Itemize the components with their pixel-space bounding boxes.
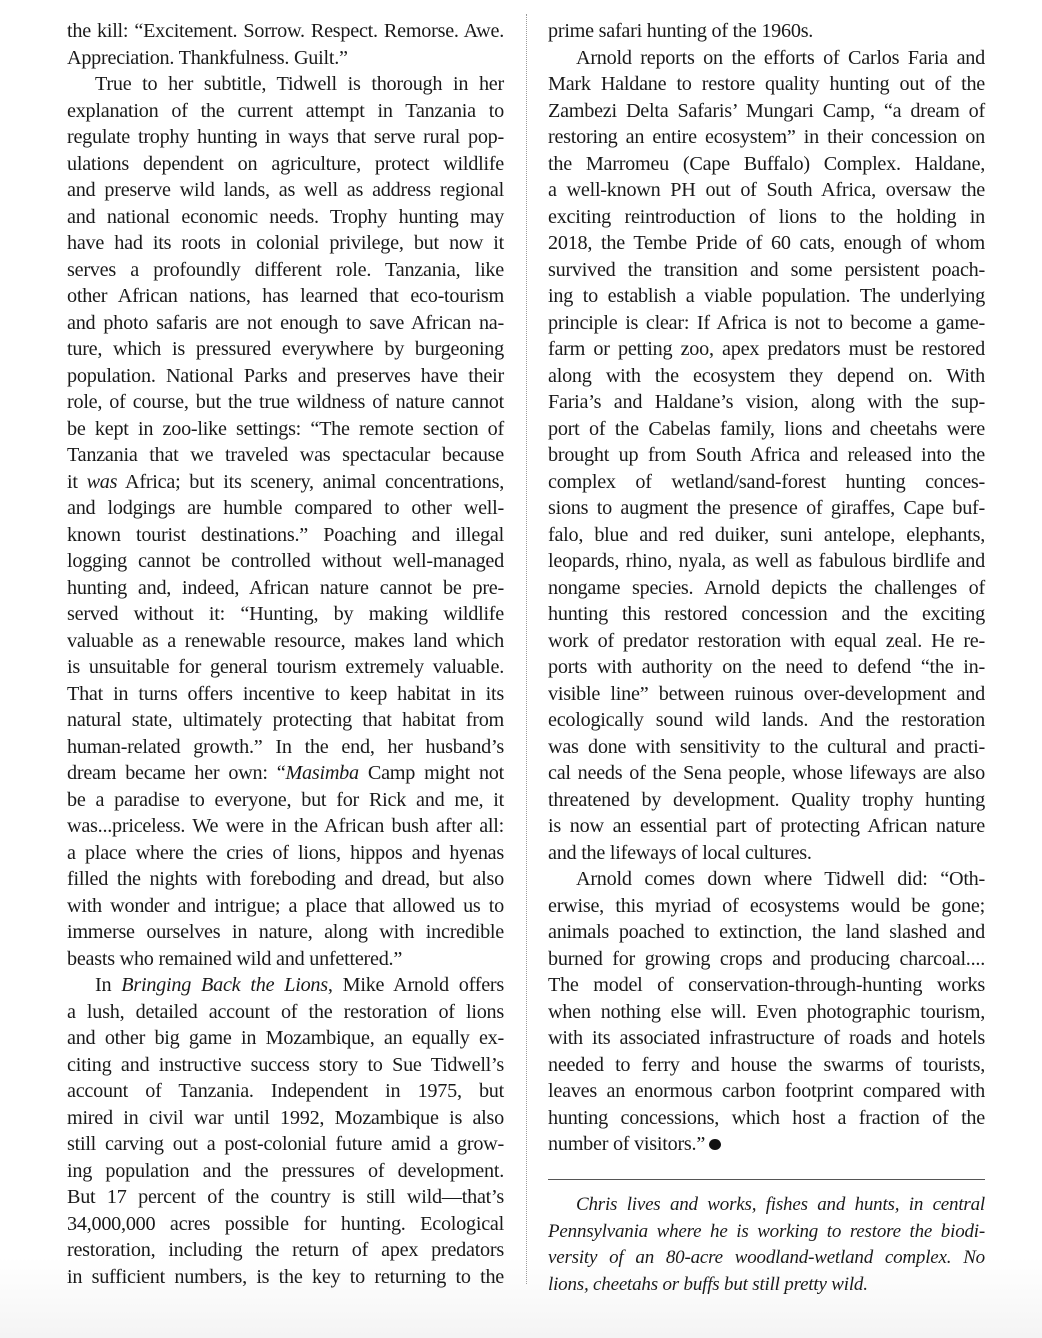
text-segment: visible line” between ruinous over-devel… (548, 683, 985, 705)
text-line: restoring an entire ecosystem” in their … (548, 124, 985, 151)
text-line: mired in civil war until 1992, Mozambiqu… (67, 1105, 504, 1132)
text-segment: ports with authority on the need to defe… (548, 656, 985, 678)
text-line: In Bringing Back the Lions, Mike Arnold … (67, 972, 504, 999)
author-bio: Chris lives and works, fishes and hunts,… (548, 1192, 985, 1298)
text-line: Tanzania that we traveled was spectacula… (67, 442, 504, 469)
text-segment: Faria’s and Haldane’s vision, along with… (548, 391, 985, 413)
text-line: The model of conservation-through-huntin… (548, 972, 985, 999)
text-line: logging cannot be controlled without wel… (67, 548, 504, 575)
text-segment: 2018, the Tembe Pride of 60 cats, enough… (548, 232, 985, 254)
text-segment: filled the nights with foreboding and dr… (67, 868, 504, 890)
text-segment: needed to ferry and house the swarms of … (548, 1054, 985, 1076)
text-segment: sions to augment the presence of giraffe… (548, 497, 985, 519)
text-segment: account of Tanzania. Independent in 1975… (67, 1080, 504, 1102)
text-segment: human-related growth.” In the end, her h… (67, 736, 504, 758)
text-segment: Arnold reports on the efforts of Carlos … (576, 47, 985, 69)
text-line: and preserve wild lands, as well as addr… (67, 177, 504, 204)
text-segment: falo, blue and red duiker, suni antelope… (548, 524, 985, 546)
text-line: erwise, this myriad of ecosystems would … (548, 893, 985, 920)
text-line: port of the Cabelas family, lions and ch… (548, 416, 985, 443)
text-line: hunting this restored concession and the… (548, 601, 985, 628)
text-line: the Marromeu (Cape Buffalo) Complex. Hal… (548, 151, 985, 178)
text-segment: was...priceless. We were in the African … (67, 815, 504, 837)
text-segment: it (67, 471, 87, 493)
text-segment: Tanzania that we traveled was spectacula… (67, 444, 504, 466)
text-line: a well-known PH out of South Africa, ove… (548, 177, 985, 204)
text-segment: explanation of the current attempt in Ta… (67, 100, 504, 122)
text-line: and other big game in Mozambique, an equ… (67, 1025, 504, 1052)
text-segment: served without it: “Hunting, by making w… (67, 603, 504, 625)
end-mark-icon (709, 1139, 721, 1150)
text-segment: hunting concessions, which host a fracti… (548, 1107, 985, 1129)
text-segment: brought up from South Africa and release… (548, 444, 985, 466)
text-segment: Mark Haldane to restore quality hunting … (548, 73, 985, 95)
italic-text: Bringing Back the Lions (121, 974, 328, 996)
text-line: exciting reintroduction of lions to the … (548, 204, 985, 231)
italic-text: was (87, 471, 118, 493)
text-line: ports with authority on the need to defe… (548, 654, 985, 681)
text-line: ulations dependent on agriculture, prote… (67, 151, 504, 178)
text-segment: , Mike Arnold offers (328, 974, 504, 996)
text-segment: with wonder and intrigue; a place that a… (67, 895, 504, 917)
magazine-page: the kill: “Excitement. Sorrow. Respect. … (0, 0, 1042, 1338)
text-segment: hunting this restored concession and the… (548, 603, 985, 625)
text-line: and lodgings are humble compared to othe… (67, 495, 504, 522)
text-line: serves a profoundly different role. Tanz… (67, 257, 504, 284)
text-line: Chris lives and works, fishes and hunts,… (548, 1192, 985, 1219)
text-line: beasts who remained wild and unfettered.… (67, 946, 504, 973)
text-line: sions to augment the presence of giraffe… (548, 495, 985, 522)
text-line: farm or petting zoo, apex predators must… (548, 336, 985, 363)
text-line: role, of course, but the true wildness o… (67, 389, 504, 416)
text-segment: Appreciation. Thankfulness. Guilt.” (67, 47, 348, 69)
text-line: Arnold reports on the efforts of Carlos … (548, 45, 985, 72)
text-segment: That in turns offers incentive to keep h… (67, 683, 504, 705)
text-segment: work of predator restoration with equal … (548, 630, 985, 652)
text-line: regulate trophy hunting in ways that ser… (67, 124, 504, 151)
text-line: be kept in zoo-like settings: “The remot… (67, 416, 504, 443)
text-line: Zambezi Delta Safaris’ Mungari Camp, “a … (548, 98, 985, 125)
text-segment: ing population and the pressures of deve… (67, 1160, 504, 1182)
text-segment: in sufficient numbers, is the key to ret… (67, 1266, 504, 1288)
text-segment: natural state, ultimately protecting tha… (67, 709, 504, 731)
right-column: prime safari hunting of the 1960s.Arnold… (548, 18, 985, 1158)
text-line: 2018, the Tembe Pride of 60 cats, enough… (548, 230, 985, 257)
text-segment: In (95, 974, 121, 996)
text-line: known tourist destinations.” Poaching an… (67, 522, 504, 549)
text-line: animals poached to extinction, the land … (548, 919, 985, 946)
text-segment: have had its roots in colonial privilege… (67, 232, 504, 254)
text-segment: 34,000,000 acres possible for hunting. E… (67, 1213, 504, 1235)
text-line: and the lifeways of local cultures. (548, 840, 985, 867)
text-segment: with its associated infrastructure of ro… (548, 1027, 985, 1049)
column-divider (526, 14, 527, 1284)
text-line: nongame species. Arnold depicts the chal… (548, 575, 985, 602)
text-line: citing and instructive success story to … (67, 1052, 504, 1079)
text-segment: lions, cheetahs or buffs but still prett… (548, 1274, 868, 1295)
text-line: That in turns offers incentive to keep h… (67, 681, 504, 708)
text-line: But 17 percent of the country is still w… (67, 1184, 504, 1211)
text-segment: leopards, rhino, nyala, as well as fabul… (548, 550, 985, 572)
text-segment: farm or petting zoo, apex predators must… (548, 338, 985, 360)
text-segment: known tourist destinations.” Poaching an… (67, 524, 504, 546)
text-segment: exciting reintroduction of lions to the … (548, 206, 985, 228)
text-line: principle is clear: If Africa is not to … (548, 310, 985, 337)
text-line: in sufficient numbers, is the key to ret… (67, 1264, 504, 1291)
text-segment: threatened by development. Quality troph… (548, 789, 985, 811)
text-line: is unsuitable for general tourism extrem… (67, 654, 504, 681)
text-line: with its associated infrastructure of ro… (548, 1025, 985, 1052)
text-segment: restoration, including the return of ape… (67, 1239, 504, 1261)
text-line: a lush, detailed account of the restorat… (67, 999, 504, 1026)
text-segment: role, of course, but the true wildness o… (67, 391, 504, 413)
text-segment: and lodgings are humble compared to othe… (67, 497, 504, 519)
text-line: number of visitors.” (548, 1131, 985, 1158)
text-line: 34,000,000 acres possible for hunting. E… (67, 1211, 504, 1238)
text-segment: nongame species. Arnold depicts the chal… (548, 577, 985, 599)
text-line: complex of wetland/sand-forest hunting c… (548, 469, 985, 496)
text-line: ing population and the pressures of deve… (67, 1158, 504, 1185)
text-segment: erwise, this myriad of ecosystems would … (548, 895, 985, 917)
text-segment: and preserve wild lands, as well as addr… (67, 179, 504, 201)
text-line: Arnold comes down where Tidwell did: “Ot… (548, 866, 985, 893)
text-segment: True to her subtitle, Tidwell is thoroug… (95, 73, 504, 95)
text-segment: be kept in zoo-like settings: “The remot… (67, 418, 504, 440)
text-line: was done with sensitivity to the cultura… (548, 734, 985, 761)
text-line: and photo safaris are not enough to save… (67, 310, 504, 337)
text-segment: dream became her own: “ (67, 762, 285, 784)
text-line: leopards, rhino, nyala, as well as fabul… (548, 548, 985, 575)
text-line: served without it: “Hunting, by making w… (67, 601, 504, 628)
text-line: a place where the cries of lions, hippos… (67, 840, 504, 867)
text-segment: a well-known PH out of South Africa, ove… (548, 179, 985, 201)
text-segment: number of visitors.” (548, 1133, 705, 1155)
text-segment: and the lifeways of local cultures. (548, 842, 812, 864)
italic-text: Masimba (285, 762, 358, 784)
text-line: immerse ourselves in nature, along with … (67, 919, 504, 946)
text-line: natural state, ultimately protecting tha… (67, 707, 504, 734)
text-line: leaves an enormous carbon footprint comp… (548, 1078, 985, 1105)
text-line: Mark Haldane to restore quality hunting … (548, 71, 985, 98)
text-line: valuable as a renewable resource, makes … (67, 628, 504, 655)
text-line: brought up from South Africa and release… (548, 442, 985, 469)
text-line: is now an essential part of protecting A… (548, 813, 985, 840)
text-line: needed to ferry and house the swarms of … (548, 1052, 985, 1079)
text-line: hunting and, indeed, African nature cann… (67, 575, 504, 602)
text-segment: ture, which is pressured everywhere by b… (67, 338, 504, 360)
text-line: have had its roots in colonial privilege… (67, 230, 504, 257)
text-segment: the Marromeu (Cape Buffalo) Complex. Hal… (548, 153, 985, 175)
text-segment: is now an essential part of protecting A… (548, 815, 985, 837)
text-segment: Camp might not (359, 762, 504, 784)
text-segment: was done with sensitivity to the cultura… (548, 736, 985, 758)
text-line: Faria’s and Haldane’s vision, along with… (548, 389, 985, 416)
text-line: with wonder and intrigue; a place that a… (67, 893, 504, 920)
text-segment: animals poached to extinction, the land … (548, 921, 985, 943)
text-segment: survived the transition and some persist… (548, 259, 985, 281)
text-segment: Zambezi Delta Safaris’ Mungari Camp, “a … (548, 100, 985, 122)
text-line: falo, blue and red duiker, suni antelope… (548, 522, 985, 549)
text-line: along with the ecosystem they depend on.… (548, 363, 985, 390)
text-line: human-related growth.” In the end, her h… (67, 734, 504, 761)
text-segment: logging cannot be controlled without wel… (67, 550, 504, 572)
text-segment: ecologically sound wild lands. And the r… (548, 709, 985, 731)
text-line: cal needs of the Sena people, whose life… (548, 760, 985, 787)
text-line: the kill: “Excitement. Sorrow. Respect. … (67, 18, 504, 45)
text-line: Appreciation. Thankfulness. Guilt.” (67, 45, 504, 72)
bio-rule-divider (548, 1179, 985, 1180)
text-segment: a place where the cries of lions, hippos… (67, 842, 504, 864)
text-segment: port of the Cabelas family, lions and ch… (548, 418, 985, 440)
text-line: restoration, including the return of ape… (67, 1237, 504, 1264)
text-segment: cal needs of the Sena people, whose life… (548, 762, 985, 784)
text-segment: when nothing else will. Even photographi… (548, 1001, 985, 1023)
text-line: survived the transition and some persist… (548, 257, 985, 284)
text-line: Pennsylvania where he is working to rest… (548, 1219, 985, 1246)
text-segment: complex of wetland/sand-forest hunting c… (548, 471, 985, 493)
text-segment: beasts who remained wild and unfettered.… (67, 948, 402, 970)
text-segment: and photo safaris are not enough to save… (67, 312, 504, 334)
text-line: visible line” between ruinous over-devel… (548, 681, 985, 708)
text-segment: prime safari hunting of the 1960s. (548, 20, 813, 42)
text-segment: is unsuitable for general tourism extrem… (67, 656, 504, 678)
text-line: other African nations, has learned that … (67, 283, 504, 310)
text-segment: along with the ecosystem they depend on.… (548, 365, 985, 387)
text-segment: population. National Parks and preserves… (67, 365, 504, 387)
text-line: dream became her own: “Masimba Camp migh… (67, 760, 504, 787)
text-segment: regulate trophy hunting in ways that ser… (67, 126, 504, 148)
text-segment: leaves an enormous carbon footprint comp… (548, 1080, 985, 1102)
text-line: population. National Parks and preserves… (67, 363, 504, 390)
text-line: hunting concessions, which host a fracti… (548, 1105, 985, 1132)
text-segment: But 17 percent of the country is still w… (67, 1186, 504, 1208)
text-segment: a lush, detailed account of the restorat… (67, 1001, 504, 1023)
text-line: explanation of the current attempt in Ta… (67, 98, 504, 125)
text-segment: ulations dependent on agriculture, prote… (67, 153, 504, 175)
text-segment: burned for growing crops and producing c… (548, 948, 985, 970)
left-column: the kill: “Excitement. Sorrow. Respect. … (67, 18, 504, 1290)
text-line: when nothing else will. Even photographi… (548, 999, 985, 1026)
text-segment: immerse ourselves in nature, along with … (67, 921, 504, 943)
text-line: prime safari hunting of the 1960s. (548, 18, 985, 45)
text-line: threatened by development. Quality troph… (548, 787, 985, 814)
text-line: burned for growing crops and producing c… (548, 946, 985, 973)
text-line: it was Africa; but its scenery, animal c… (67, 469, 504, 496)
text-segment: valuable as a renewable resource, makes … (67, 630, 504, 652)
text-line: filled the nights with foreboding and dr… (67, 866, 504, 893)
text-segment: Pennsylvania where he is working to rest… (548, 1221, 985, 1242)
text-line: account of Tanzania. Independent in 1975… (67, 1078, 504, 1105)
text-segment: hunting and, indeed, African nature cann… (67, 577, 504, 599)
text-line: and national economic needs. Trophy hunt… (67, 204, 504, 231)
text-line: lions, cheetahs or buffs but still prett… (548, 1272, 985, 1299)
text-line: ing to establish a viable population. Th… (548, 283, 985, 310)
text-segment: principle is clear: If Africa is not to … (548, 312, 985, 334)
text-line: still carving out a post-colonial future… (67, 1131, 504, 1158)
text-segment: the kill: “Excitement. Sorrow. Respect. … (67, 20, 504, 42)
text-segment: and other big game in Mozambique, an equ… (67, 1027, 504, 1049)
text-segment: versity of an 80-acre woodland-wetland c… (548, 1247, 985, 1268)
text-segment: restoring an entire ecosystem” in their … (548, 126, 985, 148)
text-segment: Arnold comes down where Tidwell did: “Ot… (576, 868, 985, 890)
text-segment: Africa; but its scenery, animal concentr… (117, 471, 504, 493)
text-line: be a paradise to everyone, but for Rick … (67, 787, 504, 814)
text-segment: other African nations, has learned that … (67, 285, 504, 307)
text-line: True to her subtitle, Tidwell is thoroug… (67, 71, 504, 98)
text-line: versity of an 80-acre woodland-wetland c… (548, 1245, 985, 1272)
text-line: was...priceless. We were in the African … (67, 813, 504, 840)
text-segment: The model of conservation-through-huntin… (548, 974, 985, 996)
text-segment: be a paradise to everyone, but for Rick … (67, 789, 504, 811)
text-line: ecologically sound wild lands. And the r… (548, 707, 985, 734)
text-segment: Chris lives and works, fishes and hunts,… (576, 1194, 985, 1215)
text-line: work of predator restoration with equal … (548, 628, 985, 655)
text-segment: citing and instructive success story to … (67, 1054, 504, 1076)
text-segment: still carving out a post-colonial future… (67, 1133, 504, 1155)
text-segment: mired in civil war until 1992, Mozambiqu… (67, 1107, 504, 1129)
text-segment: and national economic needs. Trophy hunt… (67, 206, 504, 228)
text-line: ture, which is pressured everywhere by b… (67, 336, 504, 363)
text-segment: ing to establish a viable population. Th… (548, 285, 985, 307)
text-segment: serves a profoundly different role. Tanz… (67, 259, 504, 281)
